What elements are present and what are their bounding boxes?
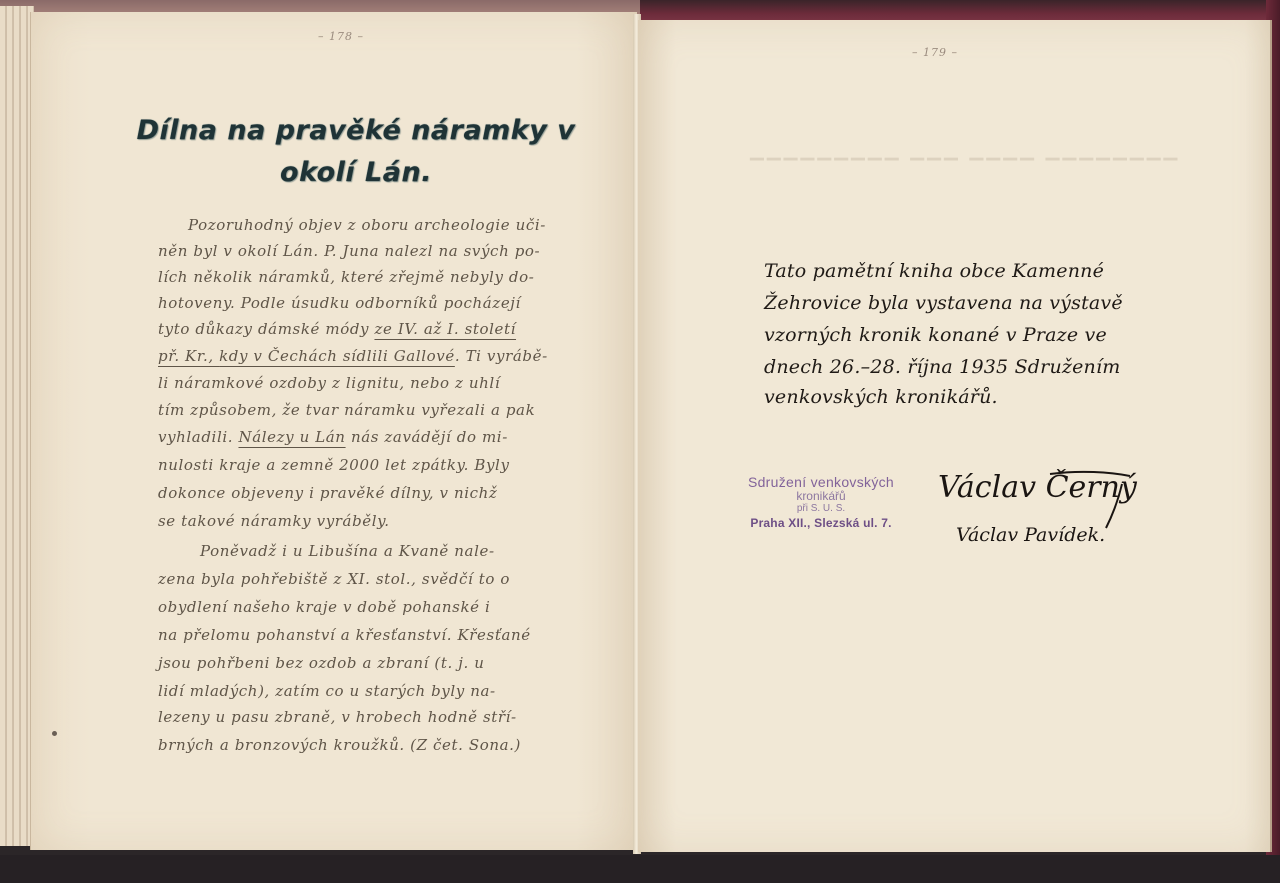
body-line: zena byla pohřebiště z XI. stol., svědčí… (158, 570, 510, 588)
body-line: Poněvadž i u Libušína a Kvaně nale- (200, 542, 495, 560)
stamp-line-4: Praha XII., Slezská ul. 7. (726, 516, 916, 530)
body-line: na přelomu pohanství a křesťanství. Křes… (158, 626, 531, 644)
note-line: Žehrovice byla vystavena na výstavě (764, 292, 1123, 314)
note-line: Tato pamětní kniha obce Kamenné (764, 260, 1104, 282)
body-text: . Ti vyrábě- (455, 347, 548, 365)
stamp-line-3: při S. U. S. (726, 503, 916, 514)
body-line: lidí mladých), zatím co u starých byly n… (158, 682, 496, 700)
title-line-2: okolí Lán. (116, 152, 596, 194)
body-line: brných a bronzových kroužků. (Z čet. Son… (158, 736, 521, 754)
page-stack-edge (0, 6, 34, 846)
body-line: vyhladili. Nálezy u Lán nás zavádějí do … (158, 428, 508, 446)
body-line: hotoveny. Podle úsudku odborníků pocháze… (158, 294, 521, 312)
underlined-text: kdy v Čechách sídlili Gallové (219, 347, 455, 365)
body-text: nás zavádějí do mi- (346, 428, 508, 446)
left-page-number: – 178 – (318, 30, 364, 43)
title-line-1: Dílna na pravěké náramky v (116, 110, 596, 152)
underlined-text: př. Kr., (158, 347, 219, 365)
body-line: se takové náramky vyráběly. (158, 512, 390, 530)
body-line: li náramkové ozdoby z lignitu, nebo z uh… (158, 374, 500, 392)
note-line: dnech 26.–28. října 1935 Sdružením (764, 356, 1120, 378)
note-line: vzorných kronik konané v Praze ve (764, 324, 1107, 346)
body-line: tyto důkazy dámské módy ze IV. až I. sto… (158, 320, 516, 338)
book-cover-bottom (0, 855, 1280, 883)
right-page-number: – 179 – (912, 46, 958, 59)
stamp-line-1: Sdružení venkovských (726, 474, 916, 490)
body-line: př. Kr., kdy v Čechách sídlili Gallové. … (158, 347, 548, 365)
body-line: Pozoruhodný objev z oboru archeologie uč… (188, 216, 546, 234)
body-text: tyto důkazy dámské módy (158, 320, 374, 338)
ink-spot (52, 731, 57, 736)
body-text: vyhladili. (158, 428, 238, 446)
body-line: jsou pohřbeni bez ozdob a zbraní (t. j. … (158, 654, 484, 672)
association-stamp: Sdružení venkovských kronikářů při S. U.… (726, 474, 916, 530)
page-title: Dílna na pravěké náramky v okolí Lán. (116, 110, 596, 194)
body-line: tím způsobem, že tvar náramku vyřezali a… (158, 401, 535, 419)
underlined-text: ze IV. až I. století (374, 320, 516, 338)
body-line: lích několik náramků, které zřejmě nebyl… (158, 268, 534, 286)
note-line: venkovských kronikářů. (764, 386, 998, 408)
bleed-through-text: ▁▁▁▁▁▁▁▁▁ ▁▁▁ ▁▁▁▁ ▁▁▁▁▁▁▁▁ (750, 140, 1240, 158)
underlined-text: Nálezy u Lán (238, 428, 345, 446)
signature-vaclav-pavidek: Václav Pavídek. (956, 524, 1105, 546)
body-line: dokonce objeveny i pravěké dílny, v nich… (158, 484, 497, 502)
body-line: lezeny u pasu zbraně, v hrobech hodně st… (158, 708, 517, 726)
stamp-line-2: kronikářů (726, 490, 916, 503)
body-line: nulosti kraje a zemně 2000 let zpátky. B… (158, 456, 510, 474)
body-line: něn byl v okolí Lán. P. Juna nalezl na s… (158, 242, 540, 260)
body-line: obydlení našeho kraje v době pohanské i (158, 598, 490, 616)
